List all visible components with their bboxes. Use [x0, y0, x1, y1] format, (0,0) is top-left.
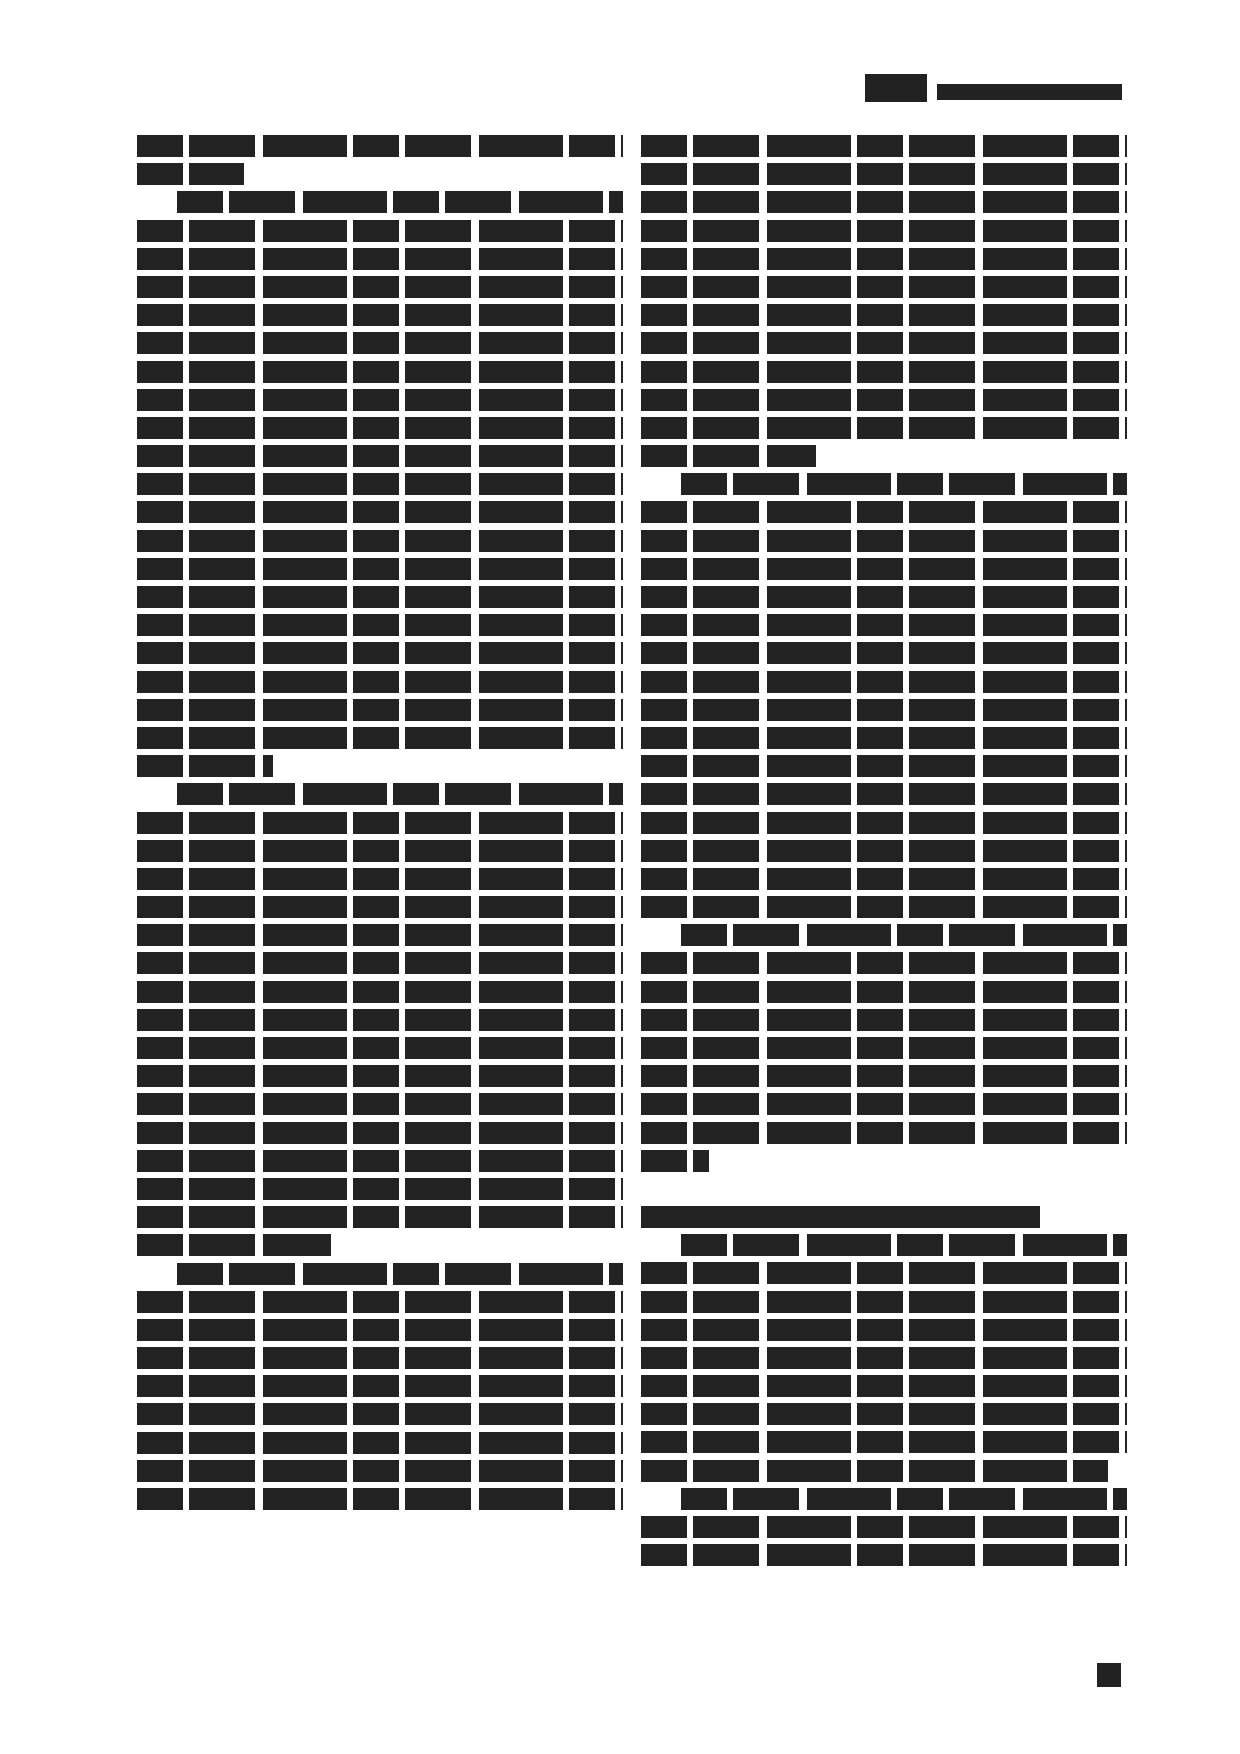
- redacted-text-line: [137, 1037, 623, 1059]
- redacted-text-line: [641, 699, 1127, 721]
- redacted-text-line: [177, 783, 623, 805]
- redacted-text-line: [641, 1544, 1127, 1566]
- section-heading-redacted: [641, 1206, 1040, 1228]
- redacted-text-line: [177, 191, 623, 213]
- redacted-text-line: [137, 727, 623, 749]
- redacted-text-line: [137, 1375, 623, 1397]
- redacted-text-line: [641, 727, 1127, 749]
- redacted-text-line: [137, 445, 623, 467]
- redacted-text-line: [641, 1262, 1127, 1284]
- redacted-text-line: [137, 1178, 623, 1200]
- redacted-text-line: [137, 952, 623, 974]
- redacted-text-line: [641, 1319, 1127, 1341]
- redacted-text-line: [641, 1460, 1108, 1482]
- redacted-text-line: [641, 135, 1127, 157]
- redacted-text-line: [137, 163, 244, 185]
- redacted-text-line: [137, 1319, 623, 1341]
- redacted-text-line: [137, 840, 623, 862]
- redacted-text-line: [137, 1291, 623, 1313]
- redacted-text-line: [641, 1037, 1127, 1059]
- journal-logo-redacted: [redacted]: [865, 74, 927, 102]
- redacted-text-line: [137, 1403, 623, 1425]
- redacted-text-line: [137, 1488, 623, 1510]
- redacted-text-line: [641, 276, 1127, 298]
- redacted-text-line: [137, 135, 623, 157]
- redacted-text-line: [137, 389, 623, 411]
- redacted-text-line: [641, 1150, 709, 1172]
- redacted-text-line: [681, 924, 1127, 946]
- redacted-text-line: [641, 981, 1127, 1003]
- redacted-text-line: [681, 1488, 1127, 1510]
- redacted-text-line: [641, 1431, 1127, 1453]
- paragraph-gap: [641, 1178, 1127, 1206]
- redacted-text-line: [641, 191, 1127, 213]
- page-number-redacted: [redacted]: [1097, 1663, 1121, 1687]
- redacted-text-line: [641, 417, 1127, 439]
- redacted-text-line: [137, 896, 623, 918]
- redacted-text-line: [137, 1009, 623, 1031]
- right-column-body-text: [641, 135, 1127, 1572]
- redacted-text-line: [641, 840, 1127, 862]
- redacted-text-line: [641, 642, 1127, 664]
- redacted-text-line: [681, 1234, 1127, 1256]
- redacted-text-line: [641, 445, 816, 467]
- redacted-text-line: [641, 1516, 1127, 1538]
- redacted-text-line: [137, 981, 623, 1003]
- redacted-text-line: [641, 530, 1127, 552]
- redacted-text-line: [641, 558, 1127, 580]
- redacted-text-line: [137, 586, 623, 608]
- redacted-text-line: [137, 1093, 623, 1115]
- redacted-text-line: [137, 1460, 623, 1482]
- redacted-text-line: [641, 389, 1127, 411]
- redacted-text-line: [137, 1206, 623, 1228]
- redacted-text-line: [137, 755, 273, 777]
- redacted-text-line: [137, 558, 623, 580]
- redacted-text-line: [641, 896, 1127, 918]
- redacted-text-line: [641, 248, 1127, 270]
- redacted-text-line: [137, 642, 623, 664]
- redacted-text-line: [641, 812, 1127, 834]
- redacted-text-line: [137, 1150, 623, 1172]
- redacted-text-line: [137, 1065, 623, 1087]
- redacted-text-line: [641, 163, 1127, 185]
- redacted-text-line: [641, 1291, 1127, 1313]
- redacted-text-line: [137, 671, 623, 693]
- redacted-text-line: [137, 1234, 331, 1256]
- redacted-text-line: [641, 304, 1127, 326]
- redacted-text-line: [641, 868, 1127, 890]
- redacted-text-line: [137, 699, 623, 721]
- redacted-text-line: [641, 671, 1127, 693]
- redacted-text-line: [137, 614, 623, 636]
- document-page: [redacted] [redacted] [redacted]: [0, 0, 1240, 1754]
- redacted-text-line: [641, 501, 1127, 523]
- redacted-text-line: [641, 1122, 1127, 1144]
- redacted-text-line: [137, 332, 623, 354]
- redacted-text-line: [137, 473, 623, 495]
- left-column-body-text: [137, 135, 623, 1516]
- redacted-text-line: [137, 361, 623, 383]
- redacted-text-line: [137, 530, 623, 552]
- redacted-text-line: [137, 812, 623, 834]
- redacted-text-line: [137, 276, 623, 298]
- redacted-text-line: [641, 1403, 1127, 1425]
- redacted-text-line: [641, 586, 1127, 608]
- redacted-text-line: [137, 417, 623, 439]
- redacted-text-line: [137, 248, 623, 270]
- redacted-text-line: [641, 614, 1127, 636]
- redacted-text-line: [641, 361, 1127, 383]
- redacted-text-line: [137, 304, 623, 326]
- redacted-text-line: [681, 473, 1127, 495]
- redacted-text-line: [137, 1122, 623, 1144]
- redacted-text-line: [137, 1432, 623, 1454]
- redacted-text-line: [641, 1093, 1127, 1115]
- running-title-redacted: [redacted]: [937, 84, 1122, 100]
- redacted-text-line: [641, 332, 1127, 354]
- redacted-text-line: [641, 1009, 1127, 1031]
- redacted-text-line: [641, 952, 1127, 974]
- redacted-text-line: [641, 220, 1127, 242]
- redacted-text-line: [177, 1263, 623, 1285]
- redacted-text-line: [137, 1347, 623, 1369]
- redacted-text-line: [137, 501, 623, 523]
- redacted-text-line: [641, 1065, 1127, 1087]
- redacted-text-line: [641, 1375, 1127, 1397]
- redacted-text-line: [137, 924, 623, 946]
- redacted-text-line: [641, 1347, 1127, 1369]
- redacted-text-line: [137, 868, 623, 890]
- redacted-text-line: [641, 755, 1127, 777]
- running-header: [redacted] [redacted]: [865, 70, 1122, 102]
- redacted-text-line: [137, 220, 623, 242]
- redacted-text-line: [641, 783, 1127, 805]
